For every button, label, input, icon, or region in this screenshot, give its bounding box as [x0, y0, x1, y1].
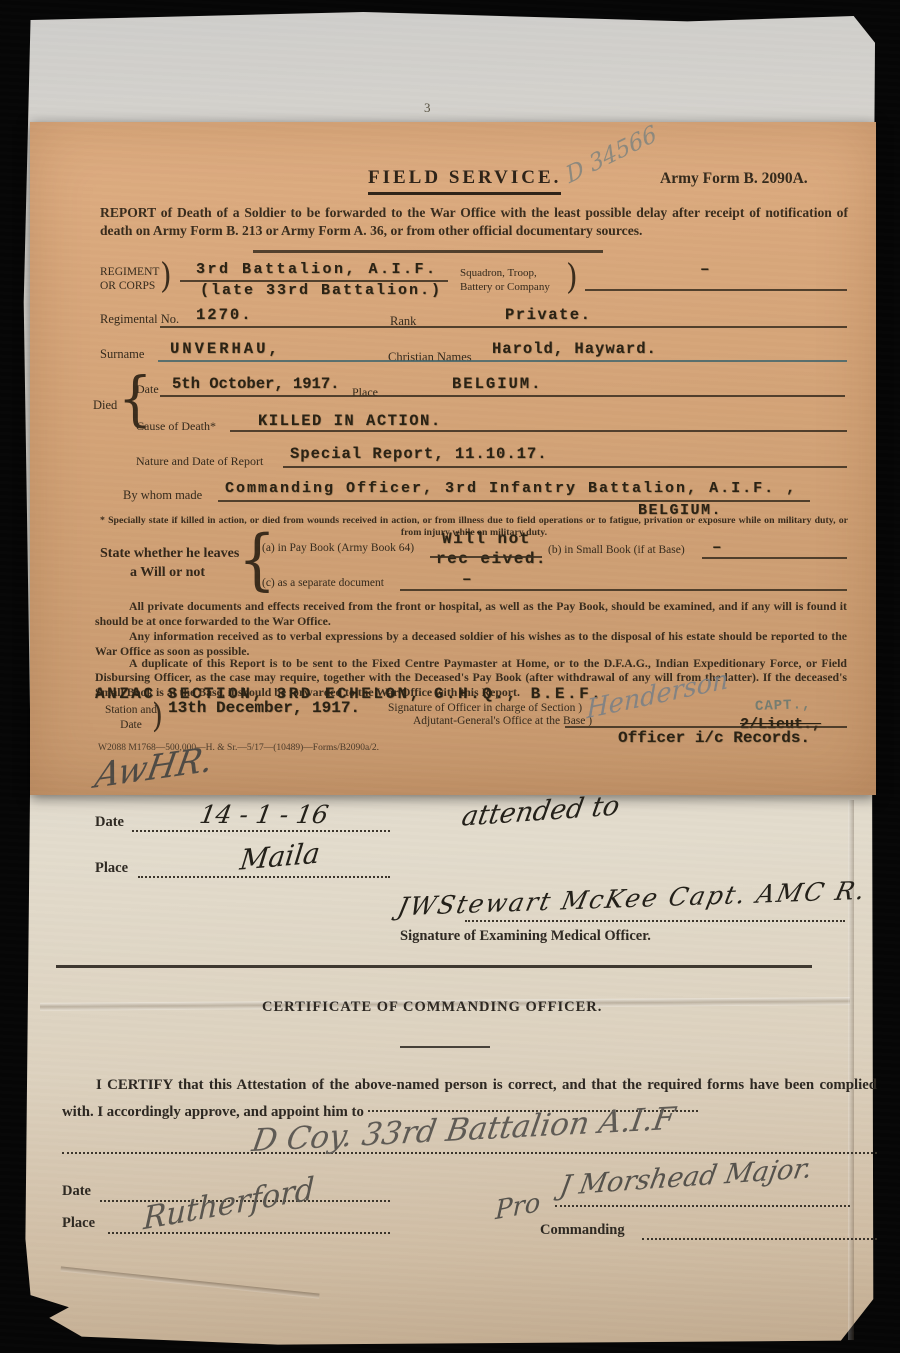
squadron-label: Squadron, Troop, Battery or Company [460, 266, 570, 295]
station-date-value: 13th December, 1917. [168, 699, 360, 717]
squadron-brace: ) [566, 261, 578, 296]
medical-signature-caption: Signature of Examining Medical Officer. [400, 928, 651, 945]
regiment-value-line2: (late 33rd Battalion.) [200, 282, 442, 299]
surname-underline [158, 360, 847, 362]
died-place-label: Place [352, 385, 378, 400]
died-place-value: BELGIUM. [452, 375, 542, 393]
by-whom-made-value: Commanding Officer, 3rd Infantry Battali… [225, 480, 797, 497]
regiment-label-line2: OR CORPS [100, 280, 155, 292]
certificate-title-rule [400, 1046, 490, 1048]
form-intro: REPORT of Death of a Soldier to be forwa… [100, 204, 848, 239]
died-date-value: 5th October, 1917. [172, 375, 339, 393]
certificate-place-label: Place [62, 1215, 95, 1232]
will-a-underline [430, 556, 542, 558]
will-b-label: (b) in Small Book (if at Base) [548, 544, 685, 556]
report-label: Nature and Date of Report [136, 454, 263, 469]
will-c-underline [400, 589, 847, 591]
certificate-date-label: Date [62, 1183, 91, 1200]
cause-underline [230, 430, 847, 432]
died-date-label: Date [136, 382, 159, 397]
medical-signature-dotted-line [465, 920, 845, 922]
will-b-underline [702, 557, 847, 559]
page-number: 3 [424, 100, 431, 116]
section-signature-underline [565, 726, 847, 728]
scanned-document: 3 FIELD SERVICE. D 34566 Army Form B. 20… [0, 0, 900, 1353]
by-whom-made-label: By whom made [123, 488, 202, 503]
report-underline [283, 466, 847, 468]
signature-section-label-line1: Signature of Officer in charge of Sectio… [388, 702, 582, 714]
commanding-dotted-line [642, 1238, 877, 1240]
attestation-date-dotted-line [132, 830, 390, 832]
will-label-line2: a Will or not [130, 565, 205, 581]
officer-ic-records: Officer i/c Records. [618, 729, 810, 747]
christian-names-value: Harold, Hayward. [492, 340, 657, 358]
certificate-title: CERTIFICATE OF COMMANDING OFFICER. [262, 999, 602, 1016]
squadron-value: – [700, 260, 710, 278]
instruction-paragraph-1: All private documents and effects receiv… [95, 599, 847, 628]
died-underline [160, 395, 845, 397]
station-brace: ) [152, 699, 163, 733]
cause-of-death-value: KILLED IN ACTION. [258, 412, 442, 430]
regiment-label-line1: REGIMENT [100, 266, 159, 278]
squadron-label-line2: Battery or Company [460, 281, 550, 293]
rank-underline [160, 326, 847, 328]
section-divider-rule [56, 965, 812, 968]
rank-value: Private. [505, 306, 591, 324]
squadron-underline [585, 289, 847, 291]
capt-stamp: CAPT., [755, 697, 812, 715]
regiment-value-line1: 3rd Battalion, A.I.F. [196, 261, 438, 278]
cause-of-death-label: Cause of Death* [136, 419, 216, 434]
instruction-paragraph-2: Any information received as to verbal ex… [95, 629, 847, 658]
surname-value: UNVERHAU, [170, 340, 281, 358]
attestation-date-value: 14 - 1 - 16 [197, 800, 330, 829]
regiment-brace: ) [160, 260, 172, 295]
will-a-label: (a) in Pay Book (Army Book 64) [262, 542, 414, 554]
station-label-line2: Date [120, 719, 142, 731]
will-c-value: – [462, 570, 472, 588]
will-a-value-line1: Will not [442, 530, 531, 548]
attestation-place-label: Place [95, 860, 128, 877]
attestation-date-label: Date [95, 814, 124, 831]
co-signature-dotted-line [555, 1205, 850, 1207]
commanding-label: Commanding [540, 1222, 625, 1239]
surname-label: Surname [100, 347, 144, 362]
squadron-label-line1: Squadron, Troop, [460, 267, 537, 279]
form-title: FIELD SERVICE. [368, 167, 561, 195]
will-c-label: (c) as a separate document [262, 577, 384, 589]
regimental-no-label: Regimental No. [100, 312, 179, 327]
will-b-value: – [712, 538, 722, 556]
regiment-underline [180, 280, 448, 282]
station-label-line1: Station and [105, 704, 157, 716]
report-value: Special Report, 11.10.17. [290, 445, 548, 463]
divider-rule [253, 250, 603, 253]
form-reference: Army Form B. 2090A. [660, 170, 808, 188]
attestation-place-dotted-line [138, 876, 390, 878]
regimental-no-value: 1270. [196, 306, 253, 324]
will-label-line1: State whether he leaves [100, 546, 239, 562]
christian-names-label: Christian Names [388, 350, 472, 365]
will-a-value-line2: rec eived. [436, 550, 547, 568]
died-label: Died [93, 398, 117, 413]
appointment-dotted-line [62, 1152, 877, 1154]
